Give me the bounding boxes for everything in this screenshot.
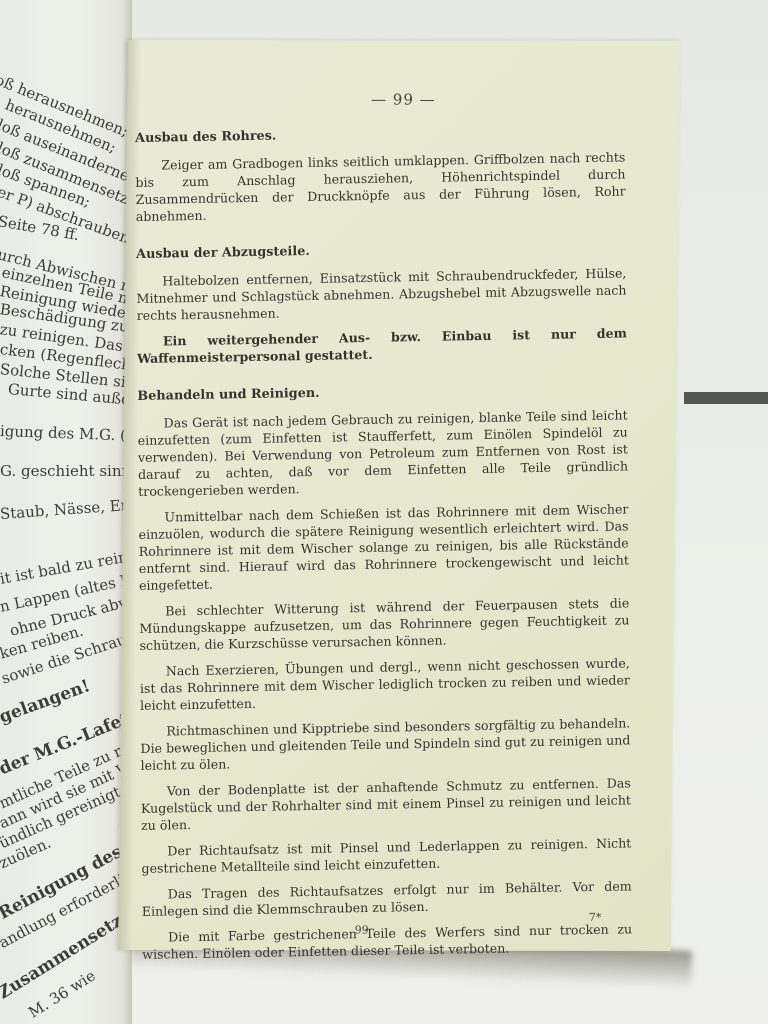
- page-content: Ausbau des Rohres. Zeiger am Gradbogen l…: [135, 121, 632, 971]
- paragraph: Bei schlechter Witterung ist während der…: [139, 594, 629, 654]
- paragraph: Richtmaschinen und Kipptriebe sind beson…: [140, 714, 630, 774]
- paragraph: Das Tragen des Richtaufsatzes erfolgt nu…: [142, 877, 632, 920]
- paragraph: Die mit Farbe gestrichenen Teile des Wer…: [142, 920, 632, 963]
- left-page-text: G. geschieht sinngemäß: [0, 462, 132, 480]
- paragraph: Haltebolzen entfernen, Einsatzstück mit …: [136, 264, 626, 324]
- paragraph: Der Richtaufsatz ist mit Pinsel und Lede…: [141, 834, 631, 877]
- right-page: — 99 — Ausbau des Rohres. Zeiger am Grad…: [118, 40, 679, 951]
- left-page-text: Staub, Nässe, Erschüt: [0, 493, 132, 523]
- page-header: — 99 —: [127, 90, 679, 109]
- left-page: oß herausnehmen; herausnehmen; loß ausei…: [0, 0, 132, 1024]
- note-paragraph: Ein weitergehender Aus- bzw. Einbau ist …: [137, 324, 627, 367]
- paragraph: Das Gerät ist nach jedem Gebrauch zu rei…: [138, 406, 629, 500]
- paragraph: Zeiger am Gradbogen links seitlich umkla…: [135, 148, 626, 225]
- section-heading: Ausbau des Rohres.: [135, 121, 625, 147]
- paragraph: Unmittelbar nach dem Schießen ist das Ro…: [138, 500, 629, 594]
- background-object: [684, 392, 768, 404]
- paragraph: Von der Bodenplatte ist der anhaftende S…: [141, 774, 631, 834]
- paragraph: Nach Exerzieren, Übungen und dergl., wen…: [140, 654, 630, 714]
- footer-page-number: 99: [355, 923, 369, 936]
- left-page-text: igung des M.G. (mit: [0, 422, 132, 445]
- footer-signature-mark: 7*: [589, 911, 602, 924]
